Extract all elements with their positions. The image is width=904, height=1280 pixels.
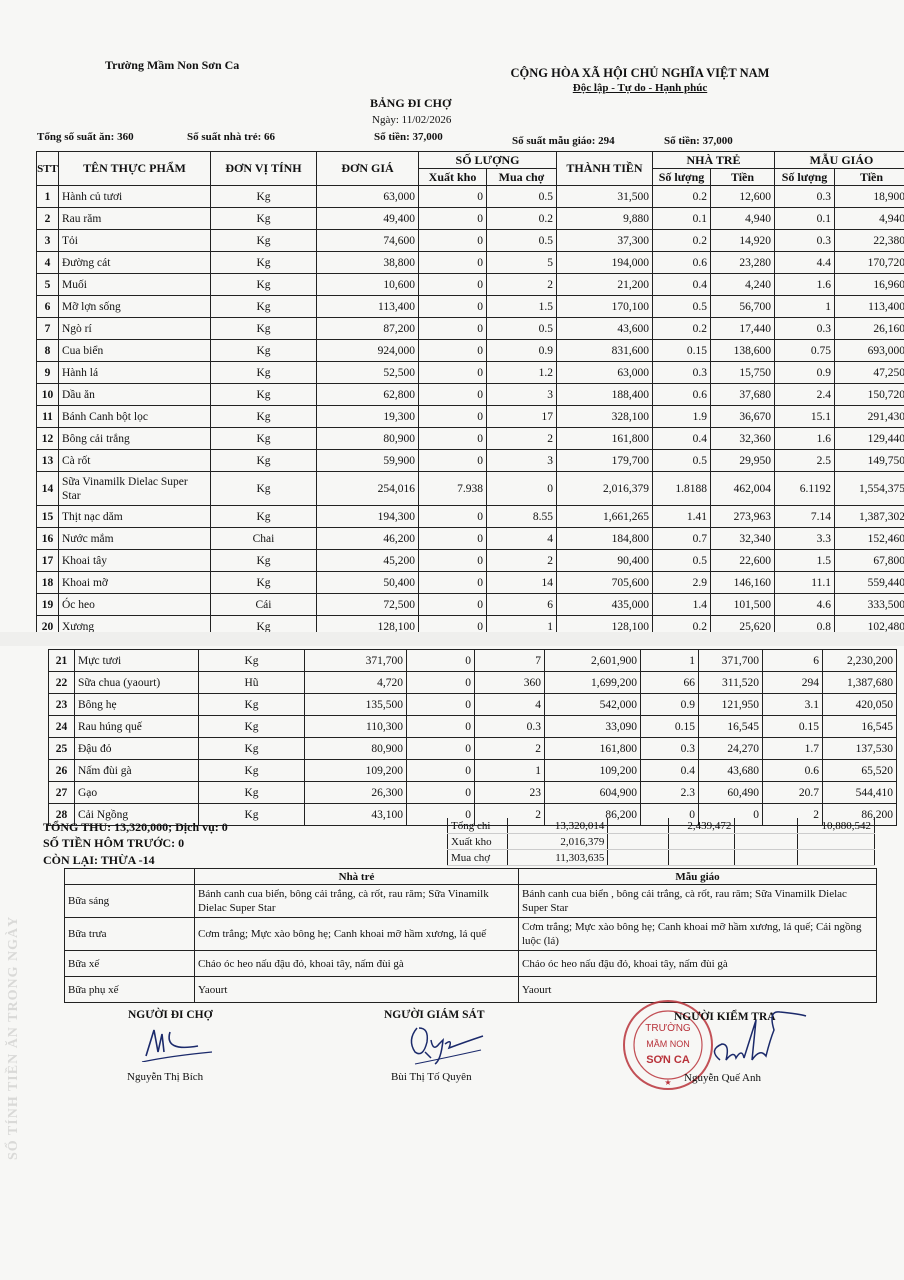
- row-warehouse: 0: [419, 208, 487, 230]
- row-market: 5: [487, 252, 557, 274]
- row-amount: 604,900: [545, 782, 641, 804]
- row-kinder-money: 137,530: [823, 738, 897, 760]
- menu-nursery-header: Nhà trẻ: [195, 869, 519, 885]
- row-nursery-qty: 0.4: [641, 760, 699, 782]
- row-stt: 19: [37, 594, 59, 616]
- row-market: 0.5: [487, 230, 557, 252]
- row-name: Mỡ lợn sống: [59, 296, 211, 318]
- row-name: Mực tươi: [75, 650, 199, 672]
- row-kinder-money: 67,800: [835, 550, 904, 572]
- menu-nursery-dish: Bánh canh cua biển, bông cải trắng, cà r…: [195, 885, 519, 918]
- col-quantity: SỐ LƯỢNG: [419, 152, 557, 169]
- row-kinder-money: 152,460: [835, 528, 904, 550]
- row-market: 6: [487, 594, 557, 616]
- row-price: 52,500: [317, 362, 419, 384]
- row-nursery-money: 32,340: [711, 528, 775, 550]
- row-stt: 24: [49, 716, 75, 738]
- row-nursery-money: 43,680: [699, 760, 763, 782]
- table-row: 1Hành củ tươiKg63,00000.531,5000.212,600…: [37, 186, 904, 208]
- row-price: 49,400: [317, 208, 419, 230]
- row-stt: 7: [37, 318, 59, 340]
- row-kinder-money: 291,430: [835, 406, 904, 428]
- row-amount: 21,200: [557, 274, 653, 296]
- row-warehouse: 0: [407, 694, 475, 716]
- row-nursery-money: 23,280: [711, 252, 775, 274]
- row-price: 110,300: [305, 716, 407, 738]
- stamp-line-2: MẦM NON: [646, 1039, 690, 1049]
- row-nursery-money: 16,545: [699, 716, 763, 738]
- row-unit: Kg: [211, 186, 317, 208]
- national-motto: Độc lập - Tự do - Hạnh phúc: [500, 82, 780, 94]
- row-amount: 1,699,200: [545, 672, 641, 694]
- row-warehouse: 0: [407, 760, 475, 782]
- row-nursery-money: 32,360: [711, 428, 775, 450]
- row-name: Sữa Vinamilk Dielac Super Star: [59, 472, 211, 506]
- col-kinder: MẪU GIÁO: [775, 152, 904, 169]
- row-nursery-money: 15,750: [711, 362, 775, 384]
- row-nursery-qty: 66: [641, 672, 699, 694]
- row-unit: Kg: [211, 340, 317, 362]
- row-warehouse: 0: [419, 450, 487, 472]
- row-kinder-money: 16,960: [835, 274, 904, 296]
- col-stt: STT: [37, 152, 59, 186]
- row-name: Rau răm: [59, 208, 211, 230]
- row-nursery-qty: 0.6: [653, 252, 711, 274]
- menu-meal-label: Bữa xế: [65, 951, 195, 977]
- supervisor-signature-icon: [405, 1020, 485, 1065]
- row-nursery-qty: 0.9: [641, 694, 699, 716]
- row-warehouse: 0: [407, 650, 475, 672]
- row-price: 87,200: [317, 318, 419, 340]
- table-row: 5MuốiKg10,6000221,2000.44,2401.616,960: [37, 274, 904, 296]
- row-market: 8.55: [487, 506, 557, 528]
- row-unit: Kg: [211, 318, 317, 340]
- row-kinder-qty: 6.1192: [775, 472, 835, 506]
- row-kinder-money: 113,400: [835, 296, 904, 318]
- spend-kinder: 10,880,542: [797, 818, 874, 834]
- row-market: 0.5: [487, 318, 557, 340]
- row-nursery-qty: 0.7: [653, 528, 711, 550]
- row-amount: 31,500: [557, 186, 653, 208]
- row-nursery-money: 56,700: [711, 296, 775, 318]
- row-market: 0.5: [487, 186, 557, 208]
- row-price: 10,600: [317, 274, 419, 296]
- row-unit: Kg: [199, 782, 305, 804]
- row-market: 23: [475, 782, 545, 804]
- row-kinder-money: 129,440: [835, 428, 904, 450]
- row-nursery-qty: 0.2: [653, 230, 711, 252]
- table-row: 16Nước mắmChai46,20004184,8000.732,3403.…: [37, 528, 904, 550]
- row-name: Tỏi: [59, 230, 211, 252]
- row-name: Khoai tây: [59, 550, 211, 572]
- table-row: 21Mực tươiKg371,700072,601,9001371,70062…: [49, 650, 897, 672]
- row-market: 0.3: [475, 716, 545, 738]
- table-row: 15Thịt nạc dămKg194,30008.551,661,2651.4…: [37, 506, 904, 528]
- row-stt: 26: [49, 760, 75, 782]
- row-market: 0.9: [487, 340, 557, 362]
- row-warehouse: 7.938: [419, 472, 487, 506]
- col-warehouse: Xuất kho: [419, 169, 487, 186]
- row-kinder-qty: 20.7: [763, 782, 823, 804]
- row-name: Bông cải trắng: [59, 428, 211, 450]
- svg-text:★: ★: [664, 1078, 671, 1087]
- row-market: 4: [475, 694, 545, 716]
- row-kinder-qty: 1: [775, 296, 835, 318]
- row-amount: 328,100: [557, 406, 653, 428]
- row-nursery-qty: 0.1: [653, 208, 711, 230]
- col-nursery-qty: Số lượng: [653, 169, 711, 186]
- row-name: Muối: [59, 274, 211, 296]
- table-row: 4Đường cátKg38,80005194,0000.623,2804.41…: [37, 252, 904, 274]
- row-warehouse: 0: [419, 296, 487, 318]
- row-kinder-qty: 2.4: [775, 384, 835, 406]
- row-stt: 8: [37, 340, 59, 362]
- row-unit: Kg: [199, 760, 305, 782]
- totals-table: Tổng chi 13,320,014 2,439,472 10,880,542…: [447, 818, 875, 866]
- row-kinder-qty: 0.3: [775, 230, 835, 252]
- row-amount: 109,200: [545, 760, 641, 782]
- menu-meal-label: Bữa sáng: [65, 885, 195, 918]
- row-warehouse: 0: [419, 550, 487, 572]
- row-kinder-money: 420,050: [823, 694, 897, 716]
- row-nursery-qty: 0.15: [641, 716, 699, 738]
- row-name: Thịt nạc dăm: [59, 506, 211, 528]
- row-kinder-qty: 15.1: [775, 406, 835, 428]
- table-row: 7Ngò ríKg87,20000.543,6000.217,4400.326,…: [37, 318, 904, 340]
- row-warehouse: 0: [407, 716, 475, 738]
- row-kinder-qty: 0.1: [775, 208, 835, 230]
- table-row: 12Bông cải trắngKg80,90002161,8000.432,3…: [37, 428, 904, 450]
- row-kinder-money: 4,940: [835, 208, 904, 230]
- table-row: 10Dầu ănKg62,80003188,4000.637,6802.4150…: [37, 384, 904, 406]
- row-market: 3: [487, 450, 557, 472]
- table-row: 17Khoai tâyKg45,2000290,4000.522,6001.56…: [37, 550, 904, 572]
- row-kinder-qty: 0.75: [775, 340, 835, 362]
- row-unit: Kg: [211, 230, 317, 252]
- table-row: 9Hành láKg52,50001.263,0000.315,7500.947…: [37, 362, 904, 384]
- row-market: 2: [487, 428, 557, 450]
- row-amount: 188,400: [557, 384, 653, 406]
- row-kinder-qty: 7.14: [775, 506, 835, 528]
- row-unit: Kg: [199, 650, 305, 672]
- document-title: BẢNG ĐI CHỢ: [370, 96, 451, 111]
- row-stt: 23: [49, 694, 75, 716]
- row-kinder-qty: 0.3: [775, 186, 835, 208]
- row-nursery-qty: 0.6: [653, 384, 711, 406]
- menu-row: Bữa sángBánh canh cua biển, bông cải trắ…: [65, 885, 877, 918]
- market-label: Mua chợ: [448, 850, 508, 866]
- row-nursery-qty: 0.15: [653, 340, 711, 362]
- row-warehouse: 0: [419, 318, 487, 340]
- row-warehouse: 0: [419, 340, 487, 362]
- row-name: Khoai mỡ: [59, 572, 211, 594]
- row-kinder-qty: 3.1: [763, 694, 823, 716]
- row-stt: 12: [37, 428, 59, 450]
- row-nursery-qty: 0.5: [653, 296, 711, 318]
- row-amount: 90,400: [557, 550, 653, 572]
- table-row: 25Đậu đỏKg80,90002161,8000.324,2701.7137…: [49, 738, 897, 760]
- row-market: 2: [487, 274, 557, 296]
- row-kinder-money: 2,230,200: [823, 650, 897, 672]
- row-kinder-money: 693,000: [835, 340, 904, 362]
- spend-total: 13,320,014: [508, 818, 608, 834]
- menu-kinder-dish: Bánh canh cua biển , bông cải trắng, cà …: [519, 885, 877, 918]
- remaining-balance: CÒN LẠI: THỪA -14: [43, 853, 155, 868]
- row-nursery-money: 17,440: [711, 318, 775, 340]
- row-kinder-qty: 294: [763, 672, 823, 694]
- menu-table: Nhà trẻ Mẫu giáo Bữa sángBánh canh cua b…: [64, 868, 877, 1003]
- row-warehouse: 0: [407, 672, 475, 694]
- row-kinder-qty: 0.6: [763, 760, 823, 782]
- row-market: 0: [487, 472, 557, 506]
- table-row: 13Cà rốtKg59,90003179,7000.529,9502.5149…: [37, 450, 904, 472]
- row-warehouse: 0: [419, 230, 487, 252]
- row-unit: Kg: [211, 450, 317, 472]
- row-nursery-qty: 0.4: [653, 274, 711, 296]
- row-price: 194,300: [317, 506, 419, 528]
- row-nursery-qty: 0.5: [653, 450, 711, 472]
- table-row: 19Óc heoCái72,50006435,0001.4101,5004.63…: [37, 594, 904, 616]
- row-nursery-qty: 0.2: [653, 318, 711, 340]
- row-market: 3: [487, 384, 557, 406]
- warehouse-label: Xuất kho: [448, 834, 508, 850]
- row-amount: 1,661,265: [557, 506, 653, 528]
- row-stt: 13: [37, 450, 59, 472]
- row-stt: 15: [37, 506, 59, 528]
- row-unit: Kg: [211, 572, 317, 594]
- row-nursery-money: 37,680: [711, 384, 775, 406]
- inspector-name: Nguyễn Quế Anh: [684, 1072, 761, 1084]
- row-unit: Kg: [211, 252, 317, 274]
- row-name: Dầu ăn: [59, 384, 211, 406]
- row-price: 63,000: [317, 186, 419, 208]
- row-warehouse: 0: [407, 738, 475, 760]
- row-kinder-money: 559,440: [835, 572, 904, 594]
- row-nursery-money: 121,950: [699, 694, 763, 716]
- row-kinder-qty: 0.9: [775, 362, 835, 384]
- row-stt: 16: [37, 528, 59, 550]
- row-kinder-money: 26,160: [835, 318, 904, 340]
- col-market: Mua chợ: [487, 169, 557, 186]
- row-price: 80,900: [317, 428, 419, 450]
- row-amount: 9,880: [557, 208, 653, 230]
- row-nursery-money: 138,600: [711, 340, 775, 362]
- row-warehouse: 0: [419, 594, 487, 616]
- row-nursery-money: 24,270: [699, 738, 763, 760]
- row-amount: 705,600: [557, 572, 653, 594]
- spend-nursery: 2,439,472: [668, 818, 735, 834]
- row-market: 360: [475, 672, 545, 694]
- col-kinder-qty: Số lượng: [775, 169, 835, 186]
- row-name: Cua biển: [59, 340, 211, 362]
- row-unit: Cái: [211, 594, 317, 616]
- row-stt: 2: [37, 208, 59, 230]
- row-stt: 9: [37, 362, 59, 384]
- row-market: 1.5: [487, 296, 557, 318]
- row-amount: 161,800: [557, 428, 653, 450]
- row-warehouse: 0: [419, 528, 487, 550]
- row-unit: Kg: [211, 406, 317, 428]
- row-stt: 14: [37, 472, 59, 506]
- row-kinder-money: 149,750: [835, 450, 904, 472]
- stamp-line-3: SƠN CA: [646, 1054, 690, 1066]
- row-price: 4,720: [305, 672, 407, 694]
- buyer-name: Nguyễn Thị Bích: [127, 1071, 203, 1083]
- row-name: Óc heo: [59, 594, 211, 616]
- row-warehouse: 0: [419, 506, 487, 528]
- row-unit: Kg: [211, 274, 317, 296]
- row-unit: Kg: [199, 694, 305, 716]
- table-row: 27GạoKg26,300023604,9002.360,49020.7544,…: [49, 782, 897, 804]
- market-table: STT TÊN THỰC PHẨM ĐƠN VỊ TÍNH ĐƠN GIÁ SỐ…: [36, 151, 904, 638]
- row-stt: 6: [37, 296, 59, 318]
- buyer-signature-icon: [140, 1022, 220, 1062]
- row-nursery-money: 29,950: [711, 450, 775, 472]
- total-revenue: TỔNG THU: 13,320,000; Dịch vụ: 0: [43, 820, 228, 835]
- row-market: 2: [475, 738, 545, 760]
- row-kinder-qty: 11.1: [775, 572, 835, 594]
- table-row: 8Cua biểnKg924,00000.9831,6000.15138,600…: [37, 340, 904, 362]
- previous-balance: SỐ TIỀN HÔM TRƯỚC: 0: [43, 836, 184, 851]
- row-stt: 21: [49, 650, 75, 672]
- row-nursery-money: 22,600: [711, 550, 775, 572]
- row-unit: Kg: [199, 716, 305, 738]
- row-market: 1: [475, 760, 545, 782]
- row-nursery-qty: 1.8188: [653, 472, 711, 506]
- row-nursery-qty: 1.9: [653, 406, 711, 428]
- row-kinder-qty: 4.4: [775, 252, 835, 274]
- row-kinder-money: 18,900: [835, 186, 904, 208]
- row-nursery-qty: 0.3: [641, 738, 699, 760]
- menu-nursery-dish: Yaourt: [195, 977, 519, 1003]
- row-price: 113,400: [317, 296, 419, 318]
- row-nursery-money: 273,963: [711, 506, 775, 528]
- row-kinder-qty: 4.6: [775, 594, 835, 616]
- table-row: 2Rau rămKg49,40000.29,8800.14,9400.14,94…: [37, 208, 904, 230]
- row-stt: 10: [37, 384, 59, 406]
- total-meals: Tổng số suất ăn: 360: [37, 131, 134, 143]
- col-name: TÊN THỰC PHẨM: [59, 152, 211, 186]
- row-kinder-money: 544,410: [823, 782, 897, 804]
- row-kinder-qty: 1.7: [763, 738, 823, 760]
- row-unit: Kg: [211, 506, 317, 528]
- row-amount: 43,600: [557, 318, 653, 340]
- row-nursery-qty: 1: [641, 650, 699, 672]
- row-warehouse: 0: [419, 384, 487, 406]
- spend-label: Tổng chi: [448, 818, 508, 834]
- row-price: 254,016: [317, 472, 419, 506]
- table-row: 22Sữa chua (yaourt)Hũ4,72003601,699,2006…: [49, 672, 897, 694]
- menu-kinder-dish: Cháo óc heo nấu đậu đỏ, khoai tây, nấm đ…: [519, 951, 877, 977]
- menu-kinder-header: Mẫu giáo: [519, 869, 877, 885]
- market-total: 11,303,635: [508, 850, 608, 866]
- nursery-meals: Số suất nhà trẻ: 66: [187, 131, 275, 143]
- row-kinder-qty: 1.5: [775, 550, 835, 572]
- row-market: 7: [475, 650, 545, 672]
- row-stt: 18: [37, 572, 59, 594]
- row-nursery-money: 101,500: [711, 594, 775, 616]
- table-row: 6Mỡ lợn sốngKg113,40001.5170,1000.556,70…: [37, 296, 904, 318]
- col-unit: ĐƠN VỊ TÍNH: [211, 152, 317, 186]
- row-kinder-qty: 0.15: [763, 716, 823, 738]
- row-price: 26,300: [305, 782, 407, 804]
- row-name: Hành lá: [59, 362, 211, 384]
- row-market: 17: [487, 406, 557, 428]
- row-price: 371,700: [305, 650, 407, 672]
- row-kinder-money: 150,720: [835, 384, 904, 406]
- row-amount: 37,300: [557, 230, 653, 252]
- row-unit: Kg: [211, 296, 317, 318]
- row-kinder-money: 1,387,302: [835, 506, 904, 528]
- row-name: Đậu đỏ: [75, 738, 199, 760]
- row-kinder-qty: 3.3: [775, 528, 835, 550]
- row-price: 80,900: [305, 738, 407, 760]
- row-nursery-money: 146,160: [711, 572, 775, 594]
- national-title: CỘNG HÒA XÃ HỘI CHỦ NGHĨA VIỆT NAM: [500, 66, 780, 81]
- row-stt: 5: [37, 274, 59, 296]
- row-name: Đường cát: [59, 252, 211, 274]
- row-price: 74,600: [317, 230, 419, 252]
- row-kinder-qty: 0.3: [775, 318, 835, 340]
- row-price: 19,300: [317, 406, 419, 428]
- row-kinder-qty: 6: [763, 650, 823, 672]
- row-kinder-money: 170,720: [835, 252, 904, 274]
- kinder-meals: Số suất mẫu giáo: 294: [512, 135, 615, 147]
- row-nursery-money: 4,940: [711, 208, 775, 230]
- menu-row: Bữa phụ xếYaourtYaourt: [65, 977, 877, 1003]
- row-unit: Kg: [211, 472, 317, 506]
- row-amount: 542,000: [545, 694, 641, 716]
- row-price: 50,400: [317, 572, 419, 594]
- warehouse-total: 2,016,379: [508, 834, 608, 850]
- row-kinder-qty: 1.6: [775, 428, 835, 450]
- row-nursery-money: 4,240: [711, 274, 775, 296]
- row-price: 43,100: [305, 804, 407, 826]
- row-warehouse: 0: [419, 406, 487, 428]
- row-nursery-qty: 1.4: [653, 594, 711, 616]
- row-nursery-qty: 0.3: [653, 362, 711, 384]
- row-warehouse: 0: [419, 252, 487, 274]
- row-amount: 435,000: [557, 594, 653, 616]
- row-price: 38,800: [317, 252, 419, 274]
- row-nursery-money: 311,520: [699, 672, 763, 694]
- document-date: Ngày: 11/02/2026: [372, 114, 451, 126]
- row-kinder-money: 16,545: [823, 716, 897, 738]
- supervisor-name: Bùi Thị Tố Quyên: [391, 1071, 472, 1083]
- col-nursery-money: Tiền: [711, 169, 775, 186]
- menu-meal-label: Bữa phụ xế: [65, 977, 195, 1003]
- row-name: Bánh Canh bột lọc: [59, 406, 211, 428]
- menu-row: Bữa xếCháo óc heo nấu đậu đỏ, khoai tây,…: [65, 951, 877, 977]
- row-amount: 63,000: [557, 362, 653, 384]
- row-name: Cà rốt: [59, 450, 211, 472]
- row-nursery-money: 36,670: [711, 406, 775, 428]
- row-unit: Hũ: [199, 672, 305, 694]
- inspector-signature-icon: [700, 1000, 810, 1080]
- row-kinder-money: 333,500: [835, 594, 904, 616]
- row-warehouse: 0: [419, 572, 487, 594]
- row-amount: 33,090: [545, 716, 641, 738]
- row-name: Nước mắm: [59, 528, 211, 550]
- row-nursery-money: 12,600: [711, 186, 775, 208]
- row-stt: 25: [49, 738, 75, 760]
- row-amount: 184,800: [557, 528, 653, 550]
- row-amount: 170,100: [557, 296, 653, 318]
- row-name: Nấm đùi gà: [75, 760, 199, 782]
- table-row: 24Rau húng quếKg110,30000.333,0900.1516,…: [49, 716, 897, 738]
- row-amount: 831,600: [557, 340, 653, 362]
- row-price: 109,200: [305, 760, 407, 782]
